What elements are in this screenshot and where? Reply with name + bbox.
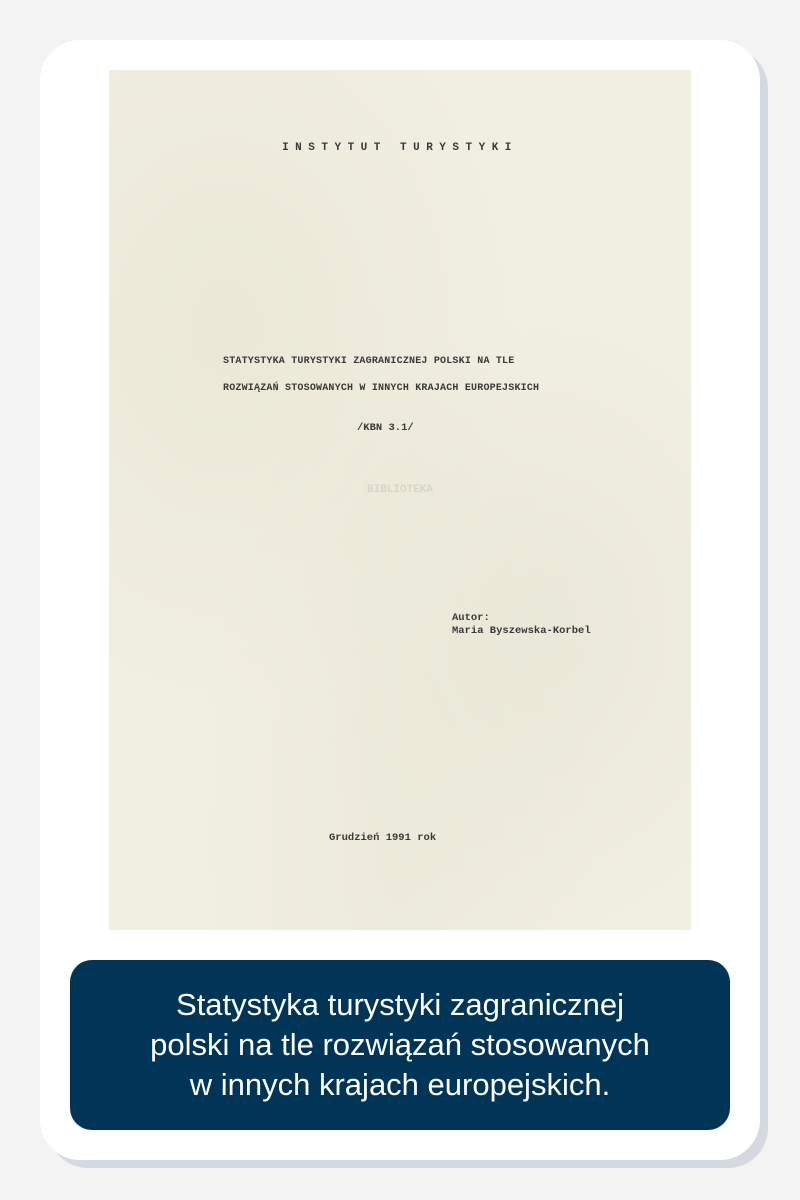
title-caption-box[interactable]: Statystyka turystyki zagranicznej polski…	[70, 960, 730, 1130]
document-cover-scan: INSTYTUT TURYSTYKI STATYSTYKA TURYSTYKI …	[109, 70, 691, 930]
faded-library-stamp: BIBLIOTEKA	[109, 484, 691, 496]
caption-title: Statystyka turystyki zagranicznej polski…	[150, 985, 650, 1105]
document-title-line-1: STATYSTYKA TURYSTYKI ZAGRANICZNEJ POLSKI…	[223, 356, 514, 367]
author-name: Maria Byszewska-Korbel	[452, 625, 591, 637]
institute-name: INSTYTUT TURYSTYKI	[109, 142, 691, 154]
document-code: /KBN 3.1/	[357, 422, 414, 434]
author-label: Autor:	[452, 612, 490, 624]
document-title-line-2: ROZWIĄZAŃ STOSOWANYCH W INNYCH KRAJACH E…	[223, 383, 539, 394]
document-date: Grudzień 1991 rok	[329, 832, 436, 844]
